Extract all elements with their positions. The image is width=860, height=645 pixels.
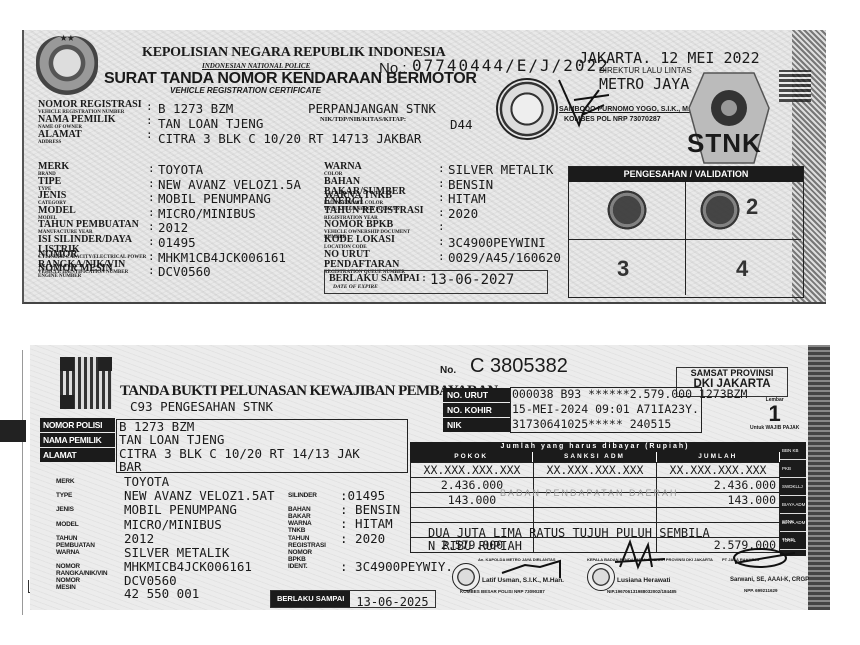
issuer-region: METRO JAYA — [599, 75, 689, 93]
payment-receipt: TANDA BUKTI PELUNASAN KEWAJIBAN PEMBAYAR… — [30, 345, 830, 610]
owner-name: TAN LOAN TJENG — [158, 117, 263, 130]
payment-column-header: JUMLAH — [657, 452, 780, 462]
label-owner-name: NAMA PEMILIKNAME OF OWNER — [38, 115, 148, 130]
field-value: MHKM1CB4JCK006161 — [158, 251, 286, 264]
spec-label: WARNA — [56, 549, 80, 556]
signature-icon — [500, 543, 570, 583]
alamat-value-cont: BAR — [119, 460, 142, 473]
field-value: 2012 — [158, 221, 188, 234]
receipt-title: TANDA BUKTI PELUNASAN KEWAJIBAN PEMBAYAR… — [120, 383, 498, 400]
spec-value: : BENSIN — [340, 503, 400, 516]
spec-label: IDENT. — [288, 563, 307, 570]
field-value: 01495 — [158, 236, 196, 249]
spec-value: MHKMICB4JCK006161 — [124, 560, 252, 573]
margin-mark — [0, 420, 26, 442]
label-en: ADDRESS — [38, 140, 148, 145]
field-value: MOBIL PENUMPANG — [158, 192, 271, 205]
label-alamat: ALAMAT — [40, 448, 115, 462]
receipt-edge — [808, 345, 830, 610]
signatory-id: NPP. 699211629 — [744, 588, 777, 593]
label-text: NAMA PEMILIK — [38, 114, 116, 125]
institution-name: KEPOLISIAN NEGARA REPUBLIK INDONESIA — [142, 45, 446, 61]
expiry-box: BERLAKU SAMPAI DATE OF EXPIRE : 13-06-20… — [324, 270, 548, 294]
label-no-urut: NO. URUT — [443, 388, 511, 402]
validation-title: PENGESAHAN / VALIDATION — [569, 167, 803, 182]
police-emblem-icon — [36, 36, 98, 96]
label-text: MERK — [38, 161, 69, 172]
validation-table: PENGESAHAN / VALIDATION 2 3 4 — [568, 166, 804, 298]
hologram-text: STNK — [687, 128, 762, 159]
payment-side-tags: BBN KBPKBSWDKLLJBIAYA ADM STNKBIAYA ADM … — [780, 442, 806, 556]
payment-cell: XX.XXX.XXX.XXX — [657, 463, 780, 478]
spec-label: SILINDER — [288, 492, 317, 499]
receipt-number: C 3805382 — [470, 355, 568, 378]
validation-cell-3: 3 — [569, 240, 686, 295]
receipt-subtitle: C93 PENGESAHAN STNK — [130, 399, 273, 414]
payment-side-tag: PKB — [780, 460, 806, 478]
label-text: NOMOR BPKB — [324, 219, 393, 230]
spec-value: : 2020 — [340, 532, 385, 545]
validation-stamp-icon — [605, 188, 649, 232]
spec-value: SILVER METALIK — [124, 546, 229, 559]
owner-box: B 1273 BZM TAN LOAN TJENG CITRA 3 BLK C … — [116, 419, 408, 473]
label-text: TAHUN PEMBUATAN — [38, 219, 139, 230]
expiry-date: 13-06-2027 — [430, 274, 514, 287]
official-stamp-icon — [496, 78, 558, 140]
hologram-icon — [684, 68, 774, 178]
extension-note: PERPANJANGAN STNK — [308, 102, 436, 115]
field-value: TOYOTA — [158, 163, 203, 176]
alamat-value: CITRA 3 BLK C 10/20 RT 14/13 JAK — [119, 447, 360, 460]
field-value: 2020 — [448, 207, 478, 220]
label-registration-number: NOMOR REGISTRASIVEHICLE REGISTRATION NUM… — [38, 100, 148, 115]
issuer-rank: KOMBES POL NRP 73070287 — [564, 116, 661, 123]
doc-number-label: No.: — [379, 60, 407, 77]
label-nama-pemilik: NAMA PEMILIK — [40, 433, 115, 447]
field-value: HITAM — [448, 192, 486, 205]
payment-heading: Jumlah yang harus dibayar (Rupiah) — [410, 442, 780, 452]
label-text: NOMOR MESIN — [38, 263, 113, 274]
divider — [22, 350, 23, 615]
spec-label: NOMOR RANGKA/NIK/VIN — [56, 563, 107, 577]
signatory-name: Lusiana Herawati — [617, 577, 670, 584]
field-value: MICRO/MINIBUS — [158, 207, 256, 220]
spec-value: 2012 — [124, 532, 154, 545]
spec-value: : HITAM — [340, 517, 393, 530]
field-value: 0029/A45/160620 — [448, 251, 561, 264]
spec-value: MICRO/MINIBUS — [124, 518, 222, 531]
payment-side-tag: BIAYA ADM TNKB — [780, 514, 806, 532]
no-kohir-value: 15-MEI-2024 09:01 A71IA23Y. — [512, 403, 699, 416]
label-text: JENIS — [38, 190, 66, 201]
validation-cell-4: 4 — [686, 240, 801, 295]
spec-label: TAHUN PEMBUATAN — [56, 535, 95, 549]
label-text: KODE LOKASI — [324, 234, 395, 245]
issue-place-date: JAKARTA. 12 MEI 2022 — [579, 49, 760, 67]
label-text: WARNA TNKB — [324, 190, 392, 201]
spec-value: MOBIL PENUMPANG — [124, 503, 237, 516]
payment-columns: POKOKSANKSI ADMJUMLAH — [410, 452, 780, 462]
label-en: ENGINE NUMBER — [38, 274, 148, 279]
spec-value: NEW AVANZ VELOZ1.5AT — [124, 489, 275, 502]
spec-label: MERK — [56, 478, 74, 485]
spec-label: TAHUN REGISTRASI — [288, 535, 326, 549]
signature-icon — [610, 537, 670, 577]
spec-label: NOMOR MESIN — [56, 577, 80, 591]
watermark: BADAN PENDAPATAN DAERAH — [500, 488, 679, 498]
spec-label: NOMOR BPKB — [288, 549, 312, 563]
label-text: TIPE — [38, 176, 61, 187]
payment-column-header: POKOK — [410, 452, 533, 462]
payment-cell — [411, 508, 534, 523]
validation-stamp-icon — [698, 188, 742, 232]
expiry-label-en: DATE OF EXPIRE — [333, 284, 378, 290]
receipt-number-label: No. — [440, 365, 456, 376]
validation-number: 4 — [736, 256, 748, 282]
label-text: NO URUT PENDAFTARAN — [324, 249, 399, 270]
spec-label: JENIS — [56, 506, 74, 513]
payment-column-header: SANKSI ADM — [533, 452, 656, 462]
spec-label: WARNA TNKB — [288, 520, 311, 534]
payment-side-tag: SWDKLLJ — [780, 478, 806, 496]
label-text: TAHUN REGISTRASI — [324, 205, 424, 216]
label-no-kohir: NO. KOHIR — [443, 403, 511, 417]
field-value: 3C4900PEYWINI — [448, 236, 546, 249]
validation-number: 3 — [617, 256, 629, 282]
star-icon: ★★ — [60, 30, 74, 44]
nik-value: 31730641025***** 240515 — [512, 418, 671, 431]
institution-name-en: INDONESIAN NATIONAL POLICE — [202, 62, 310, 70]
sheet-sub: Untuk WAJIB PAJAK — [750, 425, 799, 431]
document-title-en: VEHICLE REGISTRATION CERTIFICATE — [170, 86, 321, 95]
signatory-id: NIP.196706131988032002/184485 — [607, 589, 677, 594]
stnk-certificate: ★★ KEPOLISIAN NEGARA REPUBLIK INDONESIA … — [22, 30, 826, 304]
no-urut-value: 000038 B93 ******2.579.000 1273BZM — [512, 388, 747, 401]
police-emblem-icon — [452, 563, 480, 591]
label-text: ALAMAT — [38, 129, 82, 140]
field-label: NOMOR MESINENGINE NUMBER — [38, 264, 148, 279]
field-value: BENSIN — [448, 178, 493, 191]
spec-label: BAHAN BAKAR — [288, 506, 310, 520]
expiry-label: BERLAKU SAMPAI — [329, 273, 420, 284]
payment-cell — [657, 508, 780, 523]
issuer-position: DIREKTUR LALU LINTAS — [599, 67, 692, 75]
label-text: WARNA — [324, 161, 362, 172]
sheet-number: 1 — [750, 403, 799, 425]
nama-pemilik-value: TAN LOAN TJENG — [119, 433, 224, 446]
receipt-expiry: BERLAKU SAMPAI13-06-2025 — [270, 590, 436, 608]
label-nomor-polisi: NOMOR POLISI — [40, 418, 115, 432]
qr-code-icon — [779, 70, 811, 102]
spec-label: TYPE — [56, 492, 72, 499]
spec-label: MODEL — [56, 521, 78, 528]
signatory-id: KOMBES BESAR POLISI NRP 73090287 — [460, 589, 545, 594]
field-value: SILVER METALIK — [448, 163, 553, 176]
payment-row — [411, 508, 780, 523]
label-text: MODEL — [38, 205, 76, 216]
payment-row: XX.XXX.XXX.XXXXX.XXX.XXX.XXXXX.XXX.XXX.X… — [411, 463, 780, 478]
payment-cell: XX.XXX.XXX.XXX — [534, 463, 657, 478]
engine-extra: 42 550 001 — [124, 587, 199, 600]
nik-label: NIK/TDP/NIB/KITAS/KITAP: — [320, 116, 406, 123]
field-value: DCV0560 — [158, 265, 211, 278]
receipt-expiry-date: 13-06-2025 — [350, 594, 434, 610]
issuer-position-id: DIREKTUR LALU LINTAS — [599, 67, 692, 75]
qr-code-icon — [60, 357, 112, 409]
receipt-expiry-label: BERLAKU SAMPAI — [271, 591, 350, 607]
payment-side-tag: BBN KB — [780, 442, 806, 460]
label-text: NOMOR REGISTRASI — [38, 99, 142, 110]
samsat-line1: SAMSAT PROVINSI — [677, 368, 787, 378]
payment-cell — [534, 508, 657, 523]
spec-value: :01495 — [340, 489, 385, 502]
validation-cell-2: 2 — [686, 182, 801, 240]
spec-value: : 3C4900PEYWIY. — [340, 560, 453, 573]
validation-cell-1 — [569, 182, 686, 240]
validation-number: 2 — [746, 194, 758, 220]
payment-cell: XX.XXX.XXX.XXX — [411, 463, 534, 478]
signature-icon — [730, 543, 800, 573]
spec-value: TOYOTA — [124, 475, 169, 488]
payment-side-tag: BIAYA ADM STNK — [780, 496, 806, 514]
owner-address: CITRA 3 BLK C 10/20 RT 14713 JAKBAR — [158, 132, 421, 145]
label-address: ALAMATADDRESS — [38, 130, 148, 145]
nik-value: D44 — [450, 118, 473, 131]
registration-number: B 1273 BZM — [158, 102, 233, 115]
field-value: NEW AVANZ VELOZ1.5A — [158, 178, 301, 191]
signatory-name: Sarwani, SE, AAAI-K, CRGP — [730, 577, 809, 583]
label-nik: NIK — [443, 418, 511, 432]
sheet-indicator: Lembar 1 Untuk WAJIB PAJAK — [750, 397, 799, 431]
